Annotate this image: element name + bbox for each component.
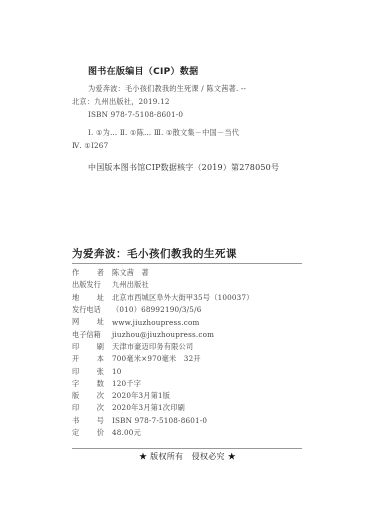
info-label: 版次 bbox=[72, 391, 112, 401]
cip-line-title: 为爱奔波：毛小孩们教我的生死课 / 陈文茜著. -- bbox=[88, 84, 246, 94]
info-value: 2020年3月第1版 bbox=[112, 391, 170, 401]
info-row-printing: 印次 2020年3月第1次印刷 bbox=[72, 402, 254, 414]
info-value: 10 bbox=[112, 367, 122, 376]
info-value: 天津市豪迈印务有限公司 bbox=[112, 342, 193, 352]
info-row-printer: 印刷 天津市豪迈印务有限公司 bbox=[72, 341, 254, 353]
star-icon: ★ bbox=[228, 452, 236, 461]
info-label: 发行电话 bbox=[72, 305, 112, 315]
info-value: （010）68992190/3/5/6 bbox=[112, 305, 201, 315]
info-value: 北京市西城区阜外大街甲35号（100037） bbox=[112, 293, 254, 303]
info-value: jiuzhou@jiuzhoupress.com bbox=[112, 330, 214, 339]
book-title: 为爱奔波：毛小孩们教我的生死课 bbox=[72, 246, 237, 261]
info-label: 作者 bbox=[72, 268, 112, 278]
copyright-text: 版权所有 侵权必究 bbox=[150, 452, 225, 461]
star-icon: ★ bbox=[139, 452, 147, 461]
info-value: www.jiuzhoupress.com bbox=[112, 318, 200, 327]
info-row-isbn: 书号 ISBN 978-7-5108-8601-0 bbox=[72, 415, 254, 427]
copyright-notice: ★ 版权所有 侵权必究 ★ bbox=[0, 451, 375, 462]
cip-approval-number: 中国版本图书馆CIP数据核字（2019）第278050号 bbox=[88, 162, 279, 173]
info-row-publisher: 出版发行 九州出版社 bbox=[72, 279, 254, 291]
info-value: 九州出版社 bbox=[112, 280, 149, 290]
info-row-email: 电子信箱 jiuzhou@jiuzhoupress.com bbox=[72, 328, 254, 340]
info-value: 48.00元 bbox=[112, 428, 141, 438]
info-value: ISBN 978-7-5108-8601-0 bbox=[112, 416, 207, 425]
info-row-phone: 发行电话 （010）68992190/3/5/6 bbox=[72, 304, 254, 316]
info-row-price: 定价 48.00元 bbox=[72, 427, 254, 439]
cip-line-isbn: ISBN 978-7-5108-8601-0 bbox=[88, 110, 183, 119]
info-value: 700毫米×970毫米 32开 bbox=[112, 354, 201, 364]
info-label: 书号 bbox=[72, 416, 112, 426]
title-divider bbox=[72, 263, 302, 264]
info-row-edition: 版次 2020年3月第1版 bbox=[72, 390, 254, 402]
info-label: 电子信箱 bbox=[72, 330, 112, 340]
info-row-author: 作者 陈文茜 著 bbox=[72, 267, 254, 279]
info-value: 120千字 bbox=[112, 379, 141, 389]
cip-line-classification: Ⅰ. ①为… Ⅱ. ①陈… Ⅲ. ①散文集－中国－当代 bbox=[88, 128, 239, 138]
info-label: 印刷 bbox=[72, 342, 112, 352]
info-label: 地址 bbox=[72, 293, 112, 303]
info-label: 印张 bbox=[72, 367, 112, 377]
info-row-address: 地址 北京市西城区阜外大街甲35号（100037） bbox=[72, 292, 254, 304]
info-label: 开本 bbox=[72, 354, 112, 364]
info-label: 字数 bbox=[72, 379, 112, 389]
info-value: 2020年3月第1次印刷 bbox=[112, 403, 185, 413]
cip-heading: 图书在版编目（CIP）数据 bbox=[88, 64, 198, 77]
bottom-divider bbox=[72, 448, 302, 449]
info-row-sheets: 印张 10 bbox=[72, 365, 254, 377]
info-row-word-count: 字数 120千字 bbox=[72, 378, 254, 390]
info-label: 定价 bbox=[72, 428, 112, 438]
info-label: 印次 bbox=[72, 403, 112, 413]
cip-line-publisher: 北京：九州出版社，2019.12 bbox=[72, 97, 170, 107]
info-label: 网址 bbox=[72, 317, 112, 327]
info-value: 陈文茜 著 bbox=[112, 268, 149, 278]
publication-info-table: 作者 陈文茜 著 出版发行 九州出版社 地址 北京市西城区阜外大街甲35号（10… bbox=[72, 267, 254, 439]
info-row-format: 开本 700毫米×970毫米 32开 bbox=[72, 353, 254, 365]
info-label: 出版发行 bbox=[72, 280, 112, 290]
info-row-website: 网址 www.jiuzhoupress.com bbox=[72, 316, 254, 328]
cip-line-class-code: Ⅳ. ①I267 bbox=[72, 141, 108, 150]
